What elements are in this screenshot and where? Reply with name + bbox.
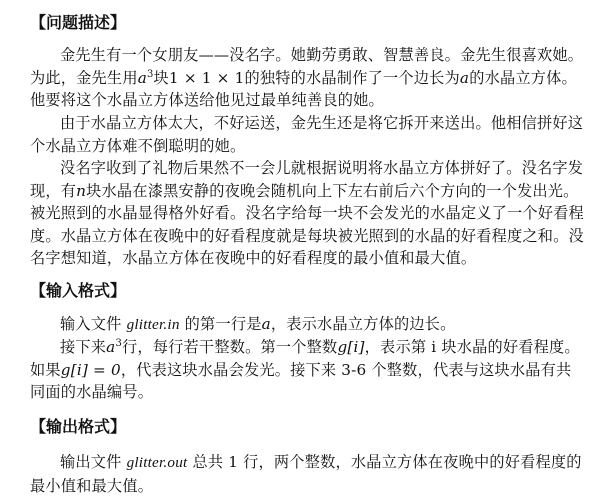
math-var: n	[76, 182, 86, 200]
text: 由于水晶立方体太大，不好运送，金先生还是将它拆开来送出。他相信拼好这个水晶立方体…	[30, 114, 583, 155]
problem-heading: 【问题描述】	[30, 10, 126, 33]
math-expr: g[i] = 0	[61, 361, 121, 379]
text: 的第一行是	[180, 315, 262, 333]
output-heading: 【输出格式】	[30, 414, 126, 437]
text: 接下来	[60, 338, 106, 356]
text: 块1 × 1 × 1的独特的水晶制作了一个边长为	[154, 69, 460, 87]
filename: glitter.in	[127, 316, 180, 333]
text: 块水晶在漆黑安静的夜晚会随机向上下左右前后六个方向的一个发出光。被光照到的水晶显…	[30, 182, 584, 268]
input-heading: 【输入格式】	[30, 278, 126, 301]
math-var: a	[138, 69, 147, 87]
math-var: a	[262, 315, 271, 333]
text: 输出文件	[60, 453, 127, 471]
problem-paragraph-3: 没名字收到了礼物后果然不一会儿就根据说明将水晶立方体拼好了。没名字发现，有n块水…	[30, 157, 586, 270]
filename: glitter.out	[127, 454, 188, 471]
problem-paragraph-1: 金先生有一个女朋友——没名字。她勤劳勇敢、智慧善良。金先生很喜欢她。为此，金先生…	[30, 44, 586, 112]
output-paragraph-1: 输出文件 glitter.out 总共 1 行，两个整数，水晶立方体在夜晚中的好…	[30, 451, 586, 497]
text: ，表示水晶立方体的边长。	[271, 315, 456, 333]
problem-paragraph-2: 由于水晶立方体太大，不好运送，金先生还是将它拆开来送出。他相信拼好这个水晶立方体…	[30, 112, 586, 157]
input-paragraph-1: 输入文件 glitter.in 的第一行是a，表示水晶立方体的边长。	[30, 313, 586, 337]
text: 输入文件	[60, 315, 127, 333]
text: 行，每行若干整数。第一个整数	[122, 338, 337, 356]
input-paragraph-2: 接下来a3行，每行若干整数。第一个整数g[i]，表示第 i 块水晶的好看程度。如…	[30, 336, 586, 404]
math-expr: g[i]	[337, 338, 364, 356]
math-var: a	[460, 69, 469, 87]
